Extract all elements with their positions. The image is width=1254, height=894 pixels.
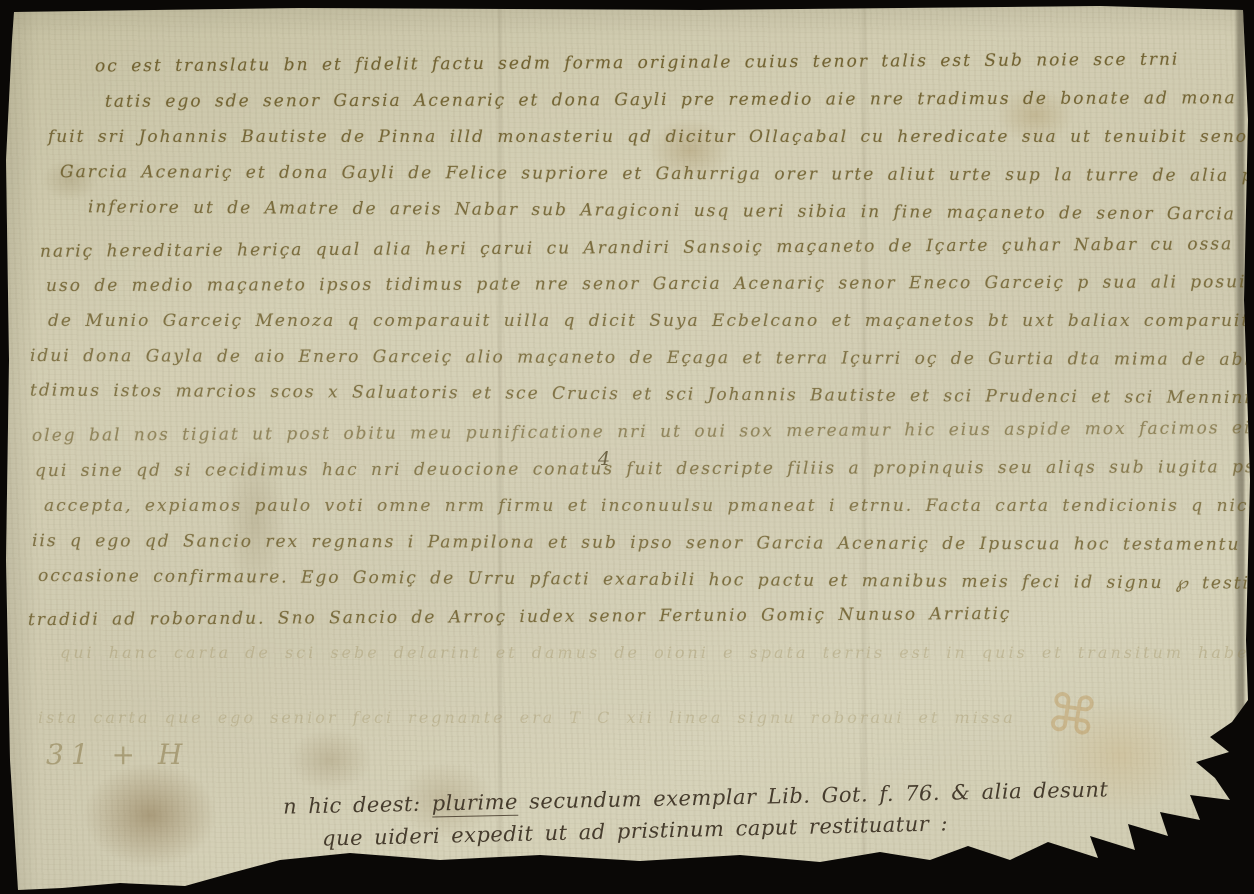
notarial-flourish-faded: ⌘ [1042, 683, 1102, 750]
charter-text-line: tradidi ad roborandu. Sno Sancio de Arro… [28, 605, 1012, 628]
charter-text-line: fuit sri Johannis Bautiste de Pinna illd… [48, 129, 1254, 146]
charter-faded-line: qui hanc carta de sci sebe delarint et d… [60, 645, 1254, 661]
charter-text-line: oleg bal nos tigiat ut post obitu meu pu… [32, 420, 1252, 445]
archival-number-mark: 31 + H [46, 738, 189, 771]
charter-text-line: occasione confirmaure. Ego Gomiç de Urru… [38, 568, 1254, 593]
charter-text-line: qui sine qd si cecidimus hac nri deuocio… [35, 459, 1254, 480]
charter-text-line: nariç hereditarie heriça qual alia heri … [40, 236, 1233, 260]
charter-text-line: de Munio Garceiç Menoza q comparauit uil… [48, 313, 1254, 330]
charter-faded-line: ista carta que ego senior feci regnante … [38, 710, 1016, 726]
charter-text-line: tatis ego sde senor Garsia Acenariç et d… [105, 90, 1237, 111]
charter-text-line: oc est translatu bn et fidelit factu sed… [95, 52, 1179, 76]
charter-text-line: inferiore ut de Amatre de areis Nabar su… [88, 199, 1254, 224]
archivist-note-line-2: que uideri expedit ut ad pristinum caput… [322, 813, 948, 849]
charter-text-line: Garcia Acenariç et dona Gayli de Felice … [60, 164, 1254, 185]
archivist-note-line-1-pre: n hic deest: [283, 792, 432, 819]
parchment-document: oc est translatu bn et fidelit factu sed… [0, 0, 1254, 894]
charter-text-line: accepta, expiamos paulo voti omne nrm fi… [44, 498, 1254, 515]
archivist-note-underlined-word: plurime [431, 790, 518, 818]
archivist-note-line-1-post: secundum exemplar Lib. Got. f. 76. & ali… [518, 777, 1109, 813]
photo-background: oc est translatu bn et fidelit factu sed… [0, 0, 1254, 894]
interlinear-correction-mark: 4 [598, 448, 610, 470]
archivist-note-line-1: n hic deest: plurime secundum exemplar L… [283, 779, 1109, 817]
charter-text-line: iis q ego qd Sancio rex regnans i Pampil… [32, 533, 1254, 554]
charter-text-line: tdimus istos marcios scos x Saluatoris e… [30, 383, 1254, 409]
charter-text-line: uso de medio maçaneto ipsos tidimus pate… [46, 274, 1254, 295]
charter-text-line: idui dona Gayla de aio Enero Garceiç ali… [30, 348, 1254, 369]
